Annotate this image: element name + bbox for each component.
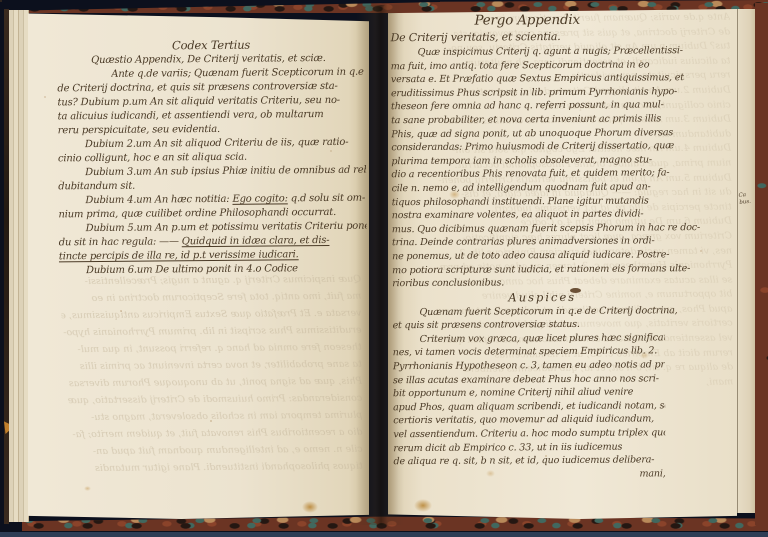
page-stack-edge bbox=[9, 10, 29, 522]
manuscript-text-segment: Dubium 2.um An sit aliquod Criteriu de i… bbox=[85, 137, 349, 150]
manuscript-text-segment: cile n. nemo e, ad intelligendum quodnam… bbox=[392, 181, 651, 194]
manuscript-text-segment: Dubium 5.um An p.um et potissimu veritat… bbox=[86, 221, 367, 235]
manuscript-line: mus. Quo dicibimus quænam fuerit scepsis… bbox=[392, 221, 736, 237]
manuscript-text-segment: de Criterij doctrina, et quis sit præsen… bbox=[57, 81, 337, 94]
manuscript-text-segment: considerandas: Primo huiusmodi de Criter… bbox=[391, 140, 674, 153]
manuscript-text-segment: plurima tempora iam in scholis obsolever… bbox=[391, 154, 652, 167]
manuscript-scan: Quæ inspicimus Criterij q. agunt a nugis… bbox=[0, 0, 768, 537]
fore-edge-note: Ca bus. bbox=[738, 191, 755, 207]
ink-blot bbox=[570, 288, 581, 293]
foxing-stain bbox=[640, 352, 649, 359]
manuscript-text-segment: mus. Quo dicibimus quænam fuerit scepsis… bbox=[392, 222, 700, 235]
manuscript-text-segment: nes, vi tamen vocis determinat speciem E… bbox=[393, 346, 657, 359]
manuscript-line: de aliqua re q. sit, b n sit, et id, quo… bbox=[393, 454, 665, 469]
foxing-stain bbox=[486, 470, 495, 477]
manuscript-text-segment: se illas acutas examinare debeat Phus ho… bbox=[393, 373, 659, 386]
manuscript-text-segment: Phis, quæ ad signa ponit, ut ab unoquoqu… bbox=[391, 127, 673, 140]
manuscript-text-segment: ne ponemus, ut de toto adeo causa aliqui… bbox=[392, 249, 669, 262]
foxing-stain bbox=[302, 501, 318, 513]
manuscript-line: Pyrrhonianis Hypotheseon c. 3, tamen eu … bbox=[393, 358, 665, 373]
manuscript-text-segment: certioris veritatis, quo movemur ad aliq… bbox=[393, 414, 654, 427]
manuscript-line: mani, bbox=[394, 467, 666, 482]
manuscript-text-segment: Quæ inspicimus Criterij q. agunt a nugis… bbox=[418, 45, 683, 58]
manuscript-text-segment: dubitandum sit. bbox=[58, 181, 135, 193]
manuscript-line: vel assentiendum. Criteriu a. hoc modo s… bbox=[393, 426, 665, 441]
manuscript-text-segment: de aliqua re q. sit, b n sit, et id, quo… bbox=[393, 455, 654, 468]
manuscript-text-segment: bit opportunum e, nomine Criterij nihil … bbox=[393, 387, 633, 400]
manuscript-line: Dubium 6.um De ultimo ponit in 4.o Codic… bbox=[86, 262, 367, 278]
right-page-title: Pergo Appendix bbox=[474, 10, 734, 30]
manuscript-text-segment: Dubium 4.um An hæc notitia: bbox=[85, 194, 232, 206]
manuscript-line: Dubium 3.um An sub ipsius Phiæ initiu de… bbox=[85, 164, 366, 180]
manuscript-text-segment: Dubium 3.um An sub ipsius Phiæ initiu de… bbox=[85, 165, 366, 179]
manuscript-text-segment: ma fuit, imo antiq. tota fere Scepticoru… bbox=[391, 59, 650, 72]
marbled-cover-right-edge bbox=[755, 3, 768, 525]
right-page-paragraph-2: Quænam fuerit Scepticorum in q.e de Crit… bbox=[392, 303, 736, 333]
manuscript-text-segment: Quidquid in idæa clara, et dis- bbox=[182, 235, 330, 247]
manuscript-text-segment: cinio colligunt, hoc e an sit aliqua sci… bbox=[58, 152, 247, 165]
manuscript-text-segment: Ego cogito: bbox=[232, 193, 287, 204]
left-page-lines: Ante q.de variis; Quænam fuerit Sceptico… bbox=[57, 66, 367, 279]
right-page-text-block: Pergo Appendix De Criterij veritatis, et… bbox=[390, 10, 737, 483]
manuscript-text-segment: apud Phos, quam aliquam scribendi, et iu… bbox=[393, 400, 665, 413]
manuscript-text-segment: Ante q.de variis; Quænam fuerit Sceptico… bbox=[111, 67, 364, 80]
foxing-stain bbox=[414, 499, 432, 512]
manuscript-text-segment: du sit in hac regula: —— bbox=[59, 236, 182, 248]
next-page-fore-edge bbox=[737, 9, 755, 513]
manuscript-line: du sit in hac regula: —— Quidquid in idæ… bbox=[59, 234, 367, 251]
manuscript-text-segment: ta sane probabiliter, et nova certa inve… bbox=[391, 113, 661, 126]
paper-specks bbox=[0, 0, 2, 2]
manuscript-text-segment: tiquos philosophandi instituendi. Plane … bbox=[392, 195, 649, 208]
manuscript-line: Dubium 2.um An sit aliquod Criteriu de i… bbox=[85, 136, 366, 152]
manuscript-line: ta alicuius iudicandi, et assentiendi ve… bbox=[58, 108, 366, 125]
manuscript-text-segment: Quænam fuerit Scepticorum in q.e de Crit… bbox=[419, 305, 677, 318]
right-page-paragraph-3: Criterium vox græca, quæ licet plures hæ… bbox=[393, 331, 666, 482]
manuscript-text-segment: dio a recentioribus Phis renovata fuit, … bbox=[391, 168, 669, 181]
right-page-paragraph-1: Quæ inspicimus Criterij q. agunt a nugis… bbox=[391, 44, 737, 291]
manuscript-text-segment: nostra examinare volentes, ea aliquot in… bbox=[392, 209, 644, 222]
manuscript-text-segment: et quis sit præsens controversiæ status. bbox=[393, 319, 580, 331]
manuscript-text-segment: vel assentiendum. Criteriu a. hoc modo s… bbox=[393, 427, 665, 440]
manuscript-text-segment: rioribus conclusionibus. bbox=[392, 278, 504, 290]
manuscript-text-segment: eruditissimus Phus scripsit in lib. prim… bbox=[391, 86, 677, 99]
manuscript-line: versata e. Et Præfatio quæ Sextus Empiri… bbox=[391, 71, 735, 87]
manuscript-text-segment: mani, bbox=[639, 468, 665, 479]
manuscript-text-segment: theseon fere omnia ad hanc q. referri po… bbox=[391, 100, 664, 113]
manuscript-text-segment: q.d solu sit om- bbox=[288, 193, 365, 205]
manuscript-text-segment: reru perspicuitate, seu evidentia. bbox=[58, 124, 220, 136]
manuscript-text-segment: Dubium 6.um De ultimo ponit in 4.o Codic… bbox=[86, 263, 298, 276]
left-page-text-block: Codex Tertius Quæstio Appendix, De Crite… bbox=[57, 37, 367, 279]
manuscript-line: mo potiora scripturæ sunt iudicia, et ra… bbox=[392, 261, 736, 277]
manuscript-text-segment: rerum dicit ab Empirico c. 33, ut in iis… bbox=[393, 441, 622, 454]
manuscript-text-segment: Criterium vox græca, quæ licet plures hæ… bbox=[420, 332, 665, 345]
manuscript-text-segment: trina. Deinde contrarias plures animadve… bbox=[392, 236, 655, 249]
manuscript-text-segment: versata e. Et Præfatio quæ Sextus Empiri… bbox=[391, 72, 684, 85]
manuscript-text-segment: Pyrrhonianis Hypotheseon c. 3, tamen eu … bbox=[393, 359, 665, 372]
manuscript-text-segment: tus? Dubium p.um An sit aliquid veritati… bbox=[57, 95, 340, 108]
manuscript-text-segment: ta alicuius iudicandi, et assentiendi ve… bbox=[58, 109, 324, 122]
foxing-stain bbox=[84, 486, 91, 491]
right-page-section-heading: Auspices bbox=[508, 288, 736, 305]
manuscript-text-segment: mo potiora scripturæ sunt iudicia, et ra… bbox=[392, 263, 690, 276]
foxing-stain bbox=[449, 190, 460, 199]
manuscript-text-segment: nium prima, quæ cuilibet ordine Philosop… bbox=[58, 207, 336, 220]
manuscript-text-segment: tincte percipis de illa re, id p.t veris… bbox=[59, 249, 299, 262]
scanner-bottom-band bbox=[0, 532, 768, 537]
manuscript-line: et quis sit præsens controversiæ status. bbox=[393, 317, 737, 333]
